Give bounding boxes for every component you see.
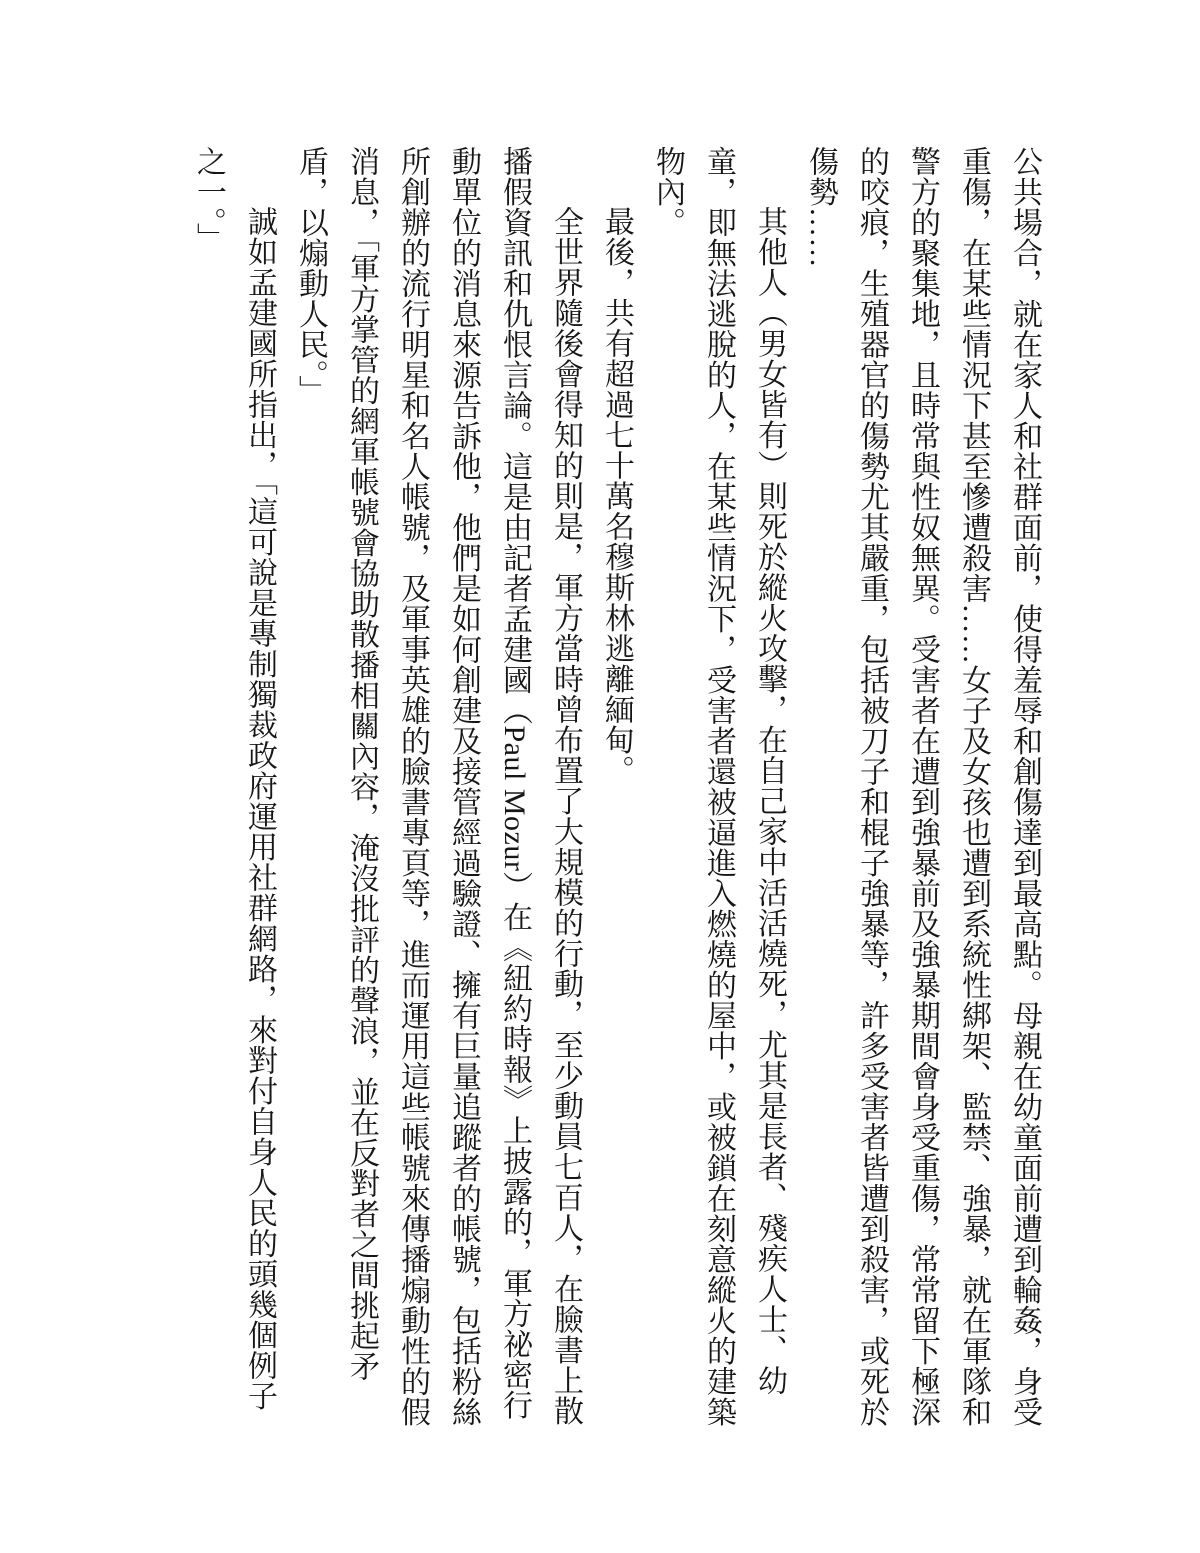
paragraph-5: 誠如孟建國所指出，「這可說是專制獨裁政府運用社群網路，來對付自身人民的頭幾個例子… — [183, 146, 285, 1438]
paragraph-3: 最後，共有超過七十萬名穆斯林逃離緬甸。 — [591, 146, 642, 1438]
paragraph-1: 公共場合，就在家人和社群面前，使得羞辱和創傷達到最高點。母親在幼童面前遭到輪姦，… — [795, 146, 1050, 1438]
paragraph-4: 全世界隨後會得知的則是，軍方當時曾布置了大規模的行動，至少動員七百人，在臉書上散… — [285, 146, 591, 1438]
book-page: 公共場合，就在家人和社群面前，使得羞辱和創傷達到最高點。母親在幼童面前遭到輪姦，… — [0, 0, 1200, 1553]
vertical-text-block: 公共場合，就在家人和社群面前，使得羞辱和創傷達到最高點。母親在幼童面前遭到輪姦，… — [183, 146, 1050, 1438]
paragraph-2: 其他人（男女皆有）則死於縱火攻擊，在自己家中活活燒死，尤其是長者、殘疾人士、幼童… — [642, 146, 795, 1438]
